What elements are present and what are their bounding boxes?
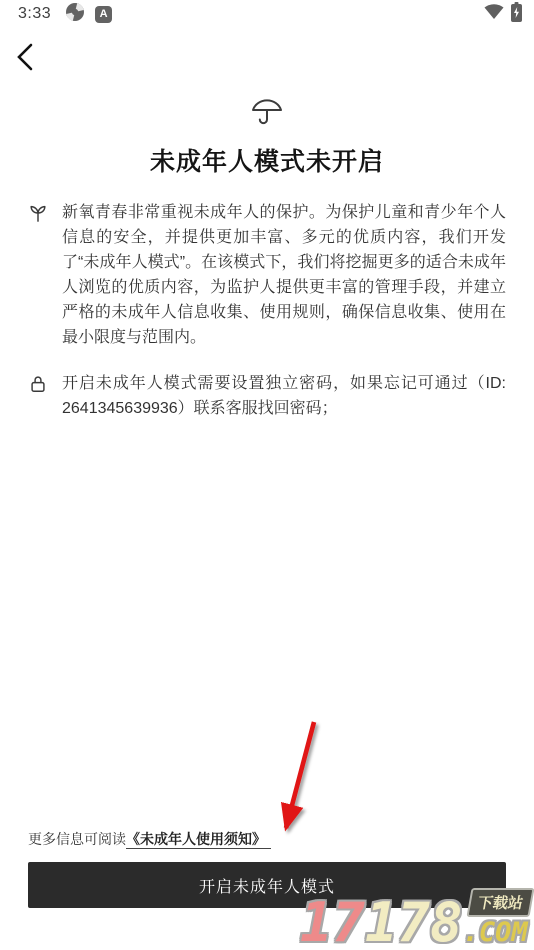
- section-password: 开启未成年人模式需要设置独立密码，如果忘记可通过（ID: 26413456399…: [28, 371, 506, 421]
- section-protection-text: 新氧青春非常重视未成年人的保护。为保护儿童和青少年个人信息的安全，并提供更加丰富…: [62, 200, 506, 350]
- notice-prefix: 更多信息可阅读: [28, 831, 126, 847]
- section-password-text: 开启未成年人模式需要设置独立密码，如果忘记可通过（ID: 26413456399…: [62, 371, 506, 421]
- umbrella-icon: [248, 92, 286, 133]
- shutter-notification-icon: [65, 2, 85, 27]
- status-bar: 3:33 A: [0, 0, 534, 28]
- lock-icon: [28, 373, 48, 400]
- a-app-notification-icon: A: [95, 6, 112, 23]
- notice-line: 更多信息可阅读《未成年人使用须知》: [28, 829, 271, 849]
- wifi-icon: [484, 4, 504, 25]
- usage-notice-link[interactable]: 《未成年人使用须知》: [126, 831, 271, 849]
- section-protection: 新氧青春非常重视未成年人的保护。为保护儿童和青少年个人信息的安全，并提供更加丰富…: [28, 200, 506, 350]
- watermark-suffix: .COM: [463, 917, 528, 948]
- chevron-left-icon: [10, 59, 44, 76]
- page-title: 未成年人模式未开启: [0, 142, 534, 178]
- clock: 3:33: [18, 5, 51, 23]
- info-sections: 新氧青春非常重视未成年人的保护。为保护儿童和青少年个人信息的安全，并提供更加丰富…: [28, 200, 506, 442]
- enable-minor-mode-button[interactable]: 开启未成年人模式: [28, 862, 506, 908]
- back-button[interactable]: [10, 38, 44, 72]
- minor-mode-screen: 3:33 A: [0, 0, 534, 950]
- battery-charging-icon: [511, 2, 522, 27]
- sprout-icon: [28, 202, 48, 229]
